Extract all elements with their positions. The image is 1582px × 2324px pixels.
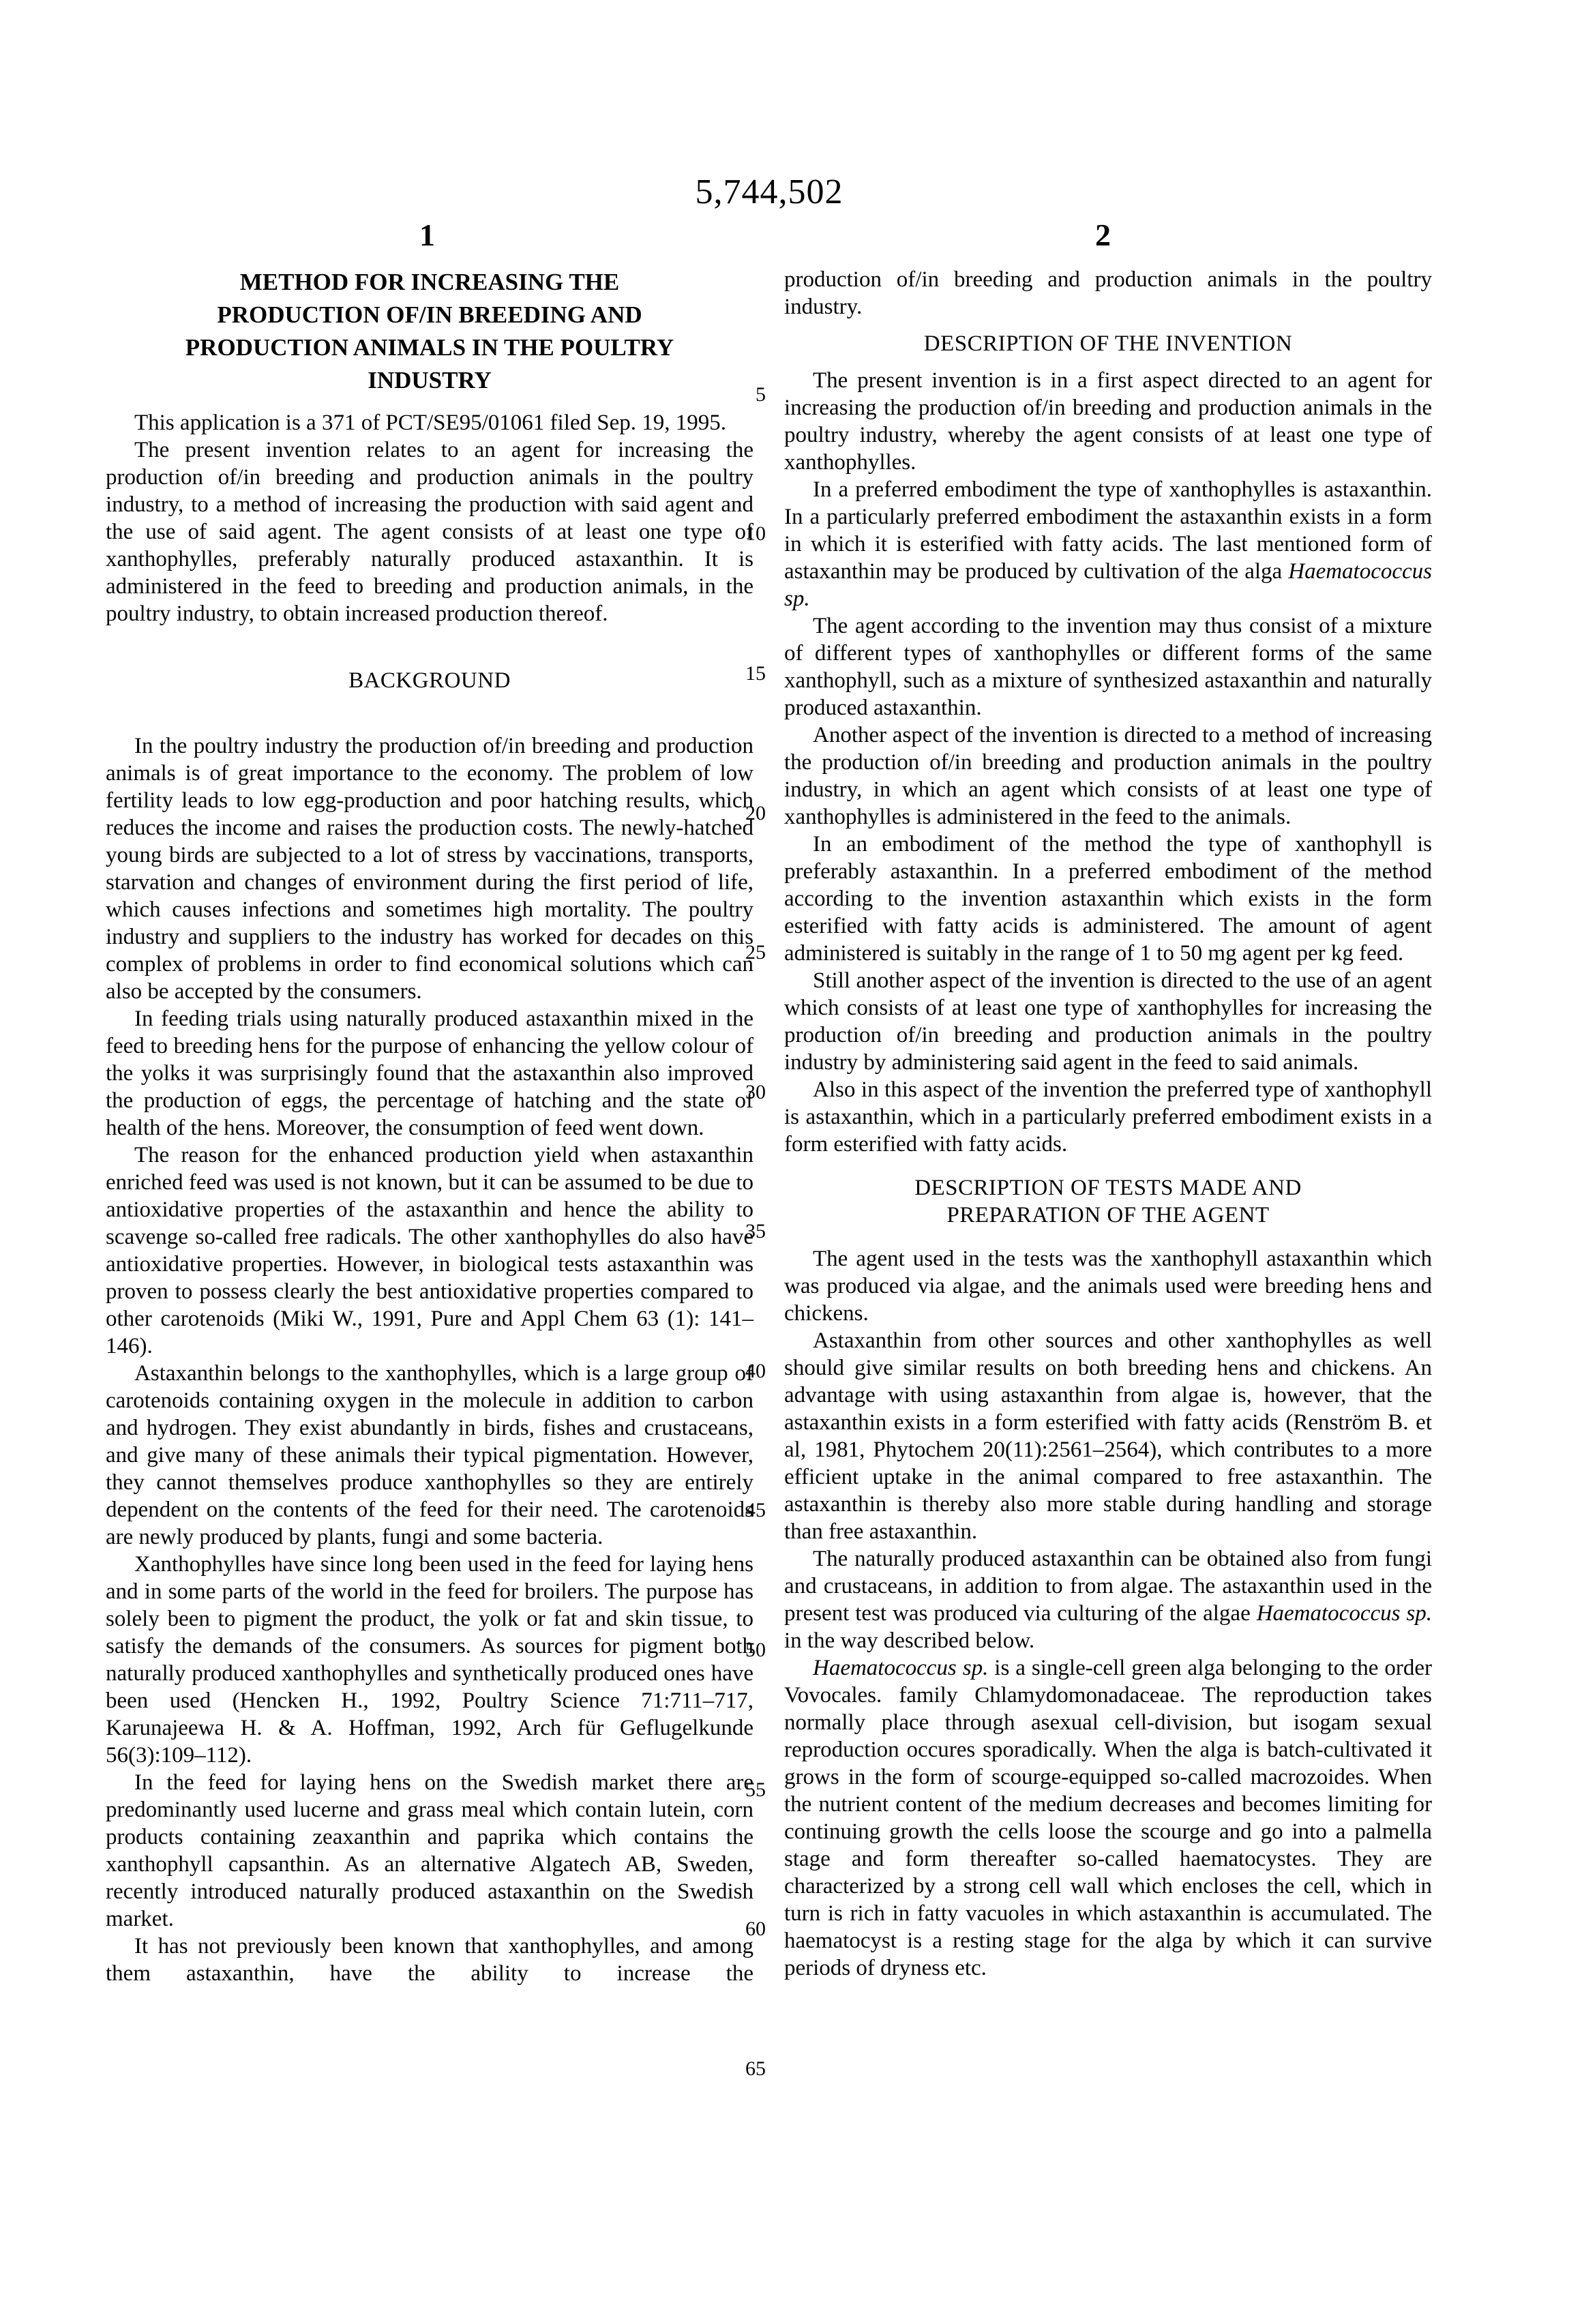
paragraph: Haematococcus sp. is a single-cell green… [784, 1654, 1432, 1982]
text-run: Astaxanthin from other sources and other… [784, 1328, 1432, 1544]
italic-text-run: Haematococcus sp. [813, 1656, 988, 1680]
text-run: In the poultry industry the production o… [106, 734, 753, 1004]
line-number: 30 [721, 1081, 766, 1104]
column-2: production of/in breeding and production… [784, 266, 1432, 1982]
paragraph: Astaxanthin belongs to the xanthophylles… [106, 1360, 753, 1551]
text-run: The present invention is in a first aspe… [784, 368, 1432, 475]
patent-page: 5,744,502 1 2 METHOD FOR INCREASING THEP… [0, 0, 1582, 2324]
paragraph: The reason for the enhanced production y… [106, 1142, 753, 1360]
text-run: In an embodiment of the method the type … [784, 832, 1432, 966]
paragraph: In an embodiment of the method the type … [784, 831, 1432, 967]
title-line: METHOD FOR INCREASING THE [106, 266, 753, 299]
text-run: The reason for the enhanced production y… [106, 1143, 753, 1358]
paragraph: Xanthophylles have since long been used … [106, 1551, 753, 1769]
text-run: The agent used in the tests was the xant… [784, 1247, 1432, 1326]
text-run: Astaxanthin belongs to the xanthophylles… [106, 1361, 753, 1549]
heading-line: PREPARATION OF THE AGENT [784, 1202, 1432, 1229]
paragraph: The present invention relates to an agen… [106, 436, 753, 627]
line-number: 65 [721, 2057, 766, 2081]
line-number: 40 [721, 1360, 766, 1383]
paragraph: Also in this aspect of the invention the… [784, 1076, 1432, 1158]
section-heading: DESCRIPTION OF TESTS MADE ANDPREPARATION… [784, 1174, 1432, 1229]
text-run: in the way described below. [784, 1628, 1034, 1653]
title-line: PRODUCTION OF/IN BREEDING AND [106, 299, 753, 331]
paragraph: Another aspect of the invention is direc… [784, 721, 1432, 831]
paragraph: In feeding trials using naturally produc… [106, 1005, 753, 1142]
line-number: 5 [721, 383, 766, 406]
line-number: 50 [721, 1639, 766, 1662]
paragraph: The agent used in the tests was the xant… [784, 1245, 1432, 1327]
line-number: 20 [721, 802, 766, 825]
paragraph: Still another aspect of the invention is… [784, 967, 1432, 1076]
text-run: In the feed for laying hens on the Swedi… [106, 1770, 753, 1931]
paragraph: production of/in breeding and production… [784, 266, 1432, 321]
column-1: METHOD FOR INCREASING THEPRODUCTION OF/I… [106, 266, 753, 1987]
paragraph: This application is a 371 of PCT/SE95/01… [106, 409, 753, 436]
title-line: PRODUCTION ANIMALS IN THE POULTRY [106, 331, 753, 364]
text-run: Another aspect of the invention is direc… [784, 723, 1432, 829]
paragraph: The agent according to the invention may… [784, 612, 1432, 721]
line-number: 45 [721, 1499, 766, 1522]
patent-number: 5,744,502 [663, 172, 875, 212]
section-heading: BACKGROUND [106, 667, 753, 694]
italic-text-run: Haematococcus sp. [1257, 1601, 1432, 1626]
column-2-text: production of/in breeding and production… [784, 266, 1432, 1982]
text-run: In feeding trials using naturally produc… [106, 1007, 753, 1140]
title-line: INDUSTRY [106, 364, 753, 397]
text-run: Also in this aspect of the invention the… [784, 1077, 1432, 1157]
text-run: is a single-cell green alga belonging to… [784, 1656, 1432, 1980]
column-1-label: 1 [419, 217, 435, 253]
line-number: 10 [721, 522, 766, 546]
line-number: 35 [721, 1220, 766, 1243]
paragraph: The present invention is in a first aspe… [784, 367, 1432, 476]
text-run: production of/in breeding and production… [784, 267, 1432, 319]
invention-title: METHOD FOR INCREASING THEPRODUCTION OF/I… [106, 266, 753, 397]
column-1-text: This application is a 371 of PCT/SE95/01… [106, 409, 753, 1987]
text-run: Xanthophylles have since long been used … [106, 1552, 753, 1768]
text-run: Still another aspect of the invention is… [784, 968, 1432, 1075]
line-number: 15 [721, 662, 766, 685]
line-number: 55 [721, 1778, 766, 1802]
line-number: 25 [721, 941, 766, 964]
heading-line: DESCRIPTION OF TESTS MADE AND [784, 1174, 1432, 1202]
text-run: The agent according to the invention may… [784, 614, 1432, 720]
paragraph: In the feed for laying hens on the Swedi… [106, 1769, 753, 1933]
paragraph: In the poultry industry the production o… [106, 732, 753, 1005]
text-run: The present invention relates to an agen… [106, 438, 753, 626]
text-run: This application is a 371 of PCT/SE95/01… [134, 411, 726, 435]
paragraph: Astaxanthin from other sources and other… [784, 1327, 1432, 1545]
line-number: 60 [721, 1918, 766, 1941]
paragraph: In a preferred embodiment the type of xa… [784, 476, 1432, 612]
text-run: It has not previously been known that xa… [106, 1934, 753, 1986]
column-2-label: 2 [1095, 217, 1111, 253]
paragraph: It has not previously been known that xa… [106, 1933, 753, 1987]
section-heading: DESCRIPTION OF THE INVENTION [784, 330, 1432, 357]
paragraph: The naturally produced astaxanthin can b… [784, 1545, 1432, 1654]
